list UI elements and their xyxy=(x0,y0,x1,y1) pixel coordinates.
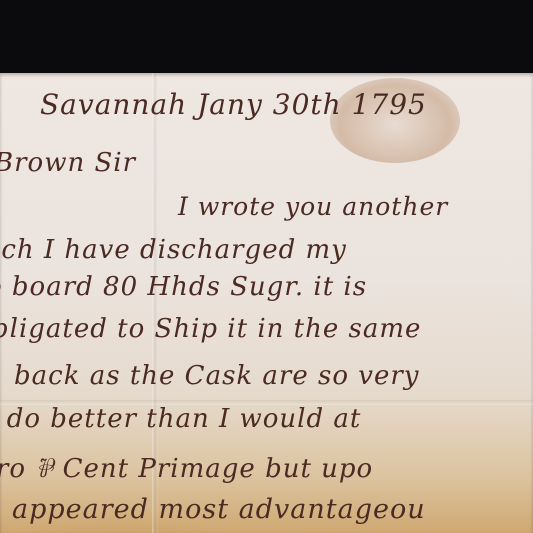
letter-line: bligated to Ship it in the same xyxy=(0,314,421,344)
letter-line: back as the Cask are so very xyxy=(14,361,419,391)
letter-line: o board 80 Hhds Sugr. it is xyxy=(0,272,367,302)
letter-line: t do better than I would at xyxy=(0,404,361,434)
letter-line: ro ⅌ Cent Primage but upo xyxy=(0,449,373,485)
letter-line: ich I have discharged my xyxy=(0,235,347,265)
letter-salutation: Brown Sir xyxy=(0,148,136,178)
letter-line: appeared most advantageou xyxy=(12,494,426,525)
letter-dateline: Savannah Jany 30th 1795 xyxy=(40,88,427,121)
letter-line: I wrote you another xyxy=(178,192,448,221)
